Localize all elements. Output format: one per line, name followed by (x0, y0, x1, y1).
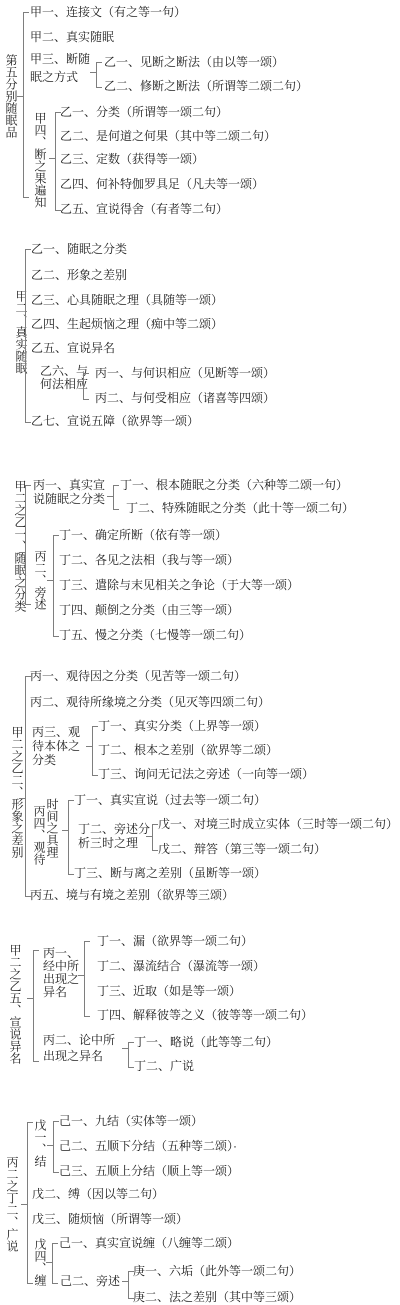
s5-bing1-label-line4: 异名 (43, 986, 67, 999)
s1-jia3-yi1-label: 乙一、见断之断法（由以等一颂） (104, 56, 284, 69)
s5-bing1-ding2-label: 丁二、瀑流结合（瀑流等一颂） (97, 960, 265, 973)
s4-bing3-ding2-label: 丁二、根本之差别（欲界等二颂） (98, 744, 278, 757)
s1-root-connector (17, 96, 23, 97)
s3-bing1-ding1-label: 丁一、根本随眠之分类（六种等二颂一句） (120, 479, 348, 492)
s5-bing1-ding1-label: 丁一、漏（欲界等一颂二句） (97, 935, 253, 948)
s5-bing1-ding3-label: 丁三、近取（如是等一颂） (97, 985, 241, 998)
s1-jia3-connector (90, 72, 96, 73)
s4-wu2-label: 戊二、辩答（第三等一颂二句） (158, 843, 326, 856)
s4-bing5-label: 丙五、境与有境之差别（欲界等三颂） (30, 889, 234, 902)
s4-bing4-ding1-label: 丁一、真实宣说（过去等一颂二句） (74, 794, 266, 807)
s4-root-label: 甲二之乙二、形象之差别 (10, 726, 23, 858)
s4-bing3-label-line2: 待本体之 (32, 740, 80, 753)
s1-jia1-label: 甲一、连接文（有之等一句） (30, 6, 186, 19)
s6-wu3-label: 戊三、随烦恼（所谓等一颂） (32, 1213, 188, 1226)
s2-yi2-label: 乙二、形象之差别 (31, 269, 127, 282)
s4-bing4-label-col1: 丙四、观待 (32, 805, 45, 865)
s1-jia4-label: 甲四、断之果遍知 (33, 112, 46, 208)
s2-yi6-connector (77, 381, 83, 382)
s2-yi5-label: 乙五、宣说异名 (31, 342, 115, 355)
s6-wu4-bracket (52, 1243, 58, 1284)
s6-wu1-ji1-label: 己一、九结（实体等一颂） (59, 1115, 203, 1128)
s1-jia4-yi2-label: 乙二、是何道之何果（其中等二颂二句） (60, 130, 276, 143)
s6-wu4-ji2-label: 己二、旁述 (60, 1275, 120, 1288)
s6-ji2-connector (122, 1281, 128, 1282)
s4-bing4-bracket (68, 800, 74, 875)
s3-bing1-label-line2: 说随眠之分类 (33, 493, 105, 506)
s6-wu1-connector (47, 1145, 53, 1146)
s4-bing4-ding3-label: 丁三、断与离之差别（虽断等一颂） (74, 867, 266, 880)
s6-root-connector (21, 1204, 27, 1205)
s4-root-connector (19, 798, 25, 799)
s4-bing4-connector (62, 830, 68, 831)
s4-bing3-ding1-label: 丁一、真实分类（上界等一颂） (98, 720, 266, 733)
koupan-outline-diagram: 第五分别随眠品 甲一、连接文（有之等一句） 甲二、真实随眠 甲三、断随 眠之方式… (0, 0, 400, 1305)
s6-wu1-ji2-label: 己二、五顺下分结（五种等二颂）· (59, 1140, 237, 1153)
s2-yi7-label: 乙七、宣说五障（欲界等一颂） (31, 415, 199, 428)
s1-jia3-label-line1: 甲三、断随 (30, 53, 90, 66)
s4-ding2-label-line2: 析三时之理 (78, 837, 138, 850)
s2-yi6-bing1-label: 丙一、与何识相应（见断等一颂） (95, 367, 275, 380)
s3-bing2-connector (47, 580, 53, 581)
s5-bing2-ding2-label: 丁二、广说 (134, 1060, 194, 1073)
s1-jia4-connector (49, 158, 55, 159)
s3-main-bracket (25, 485, 31, 605)
s5-root-connector (27, 998, 33, 999)
s4-bing2-label: 丙二、观待所缘境之分类（见灭等四颂二句） (30, 696, 270, 709)
s2-yi6-label-line2: 何法相应 (40, 378, 88, 391)
s5-bing1-connector (78, 975, 84, 976)
s3-bing2-ding1-label: 丁一、确定所断（依有等一颂） (59, 529, 227, 542)
s6-wu1-label: 戊一、结 (33, 1119, 46, 1167)
s3-bing1-ding2-label: 丁二、特殊随眠之分类（此十等一颂二句） (126, 502, 354, 515)
s2-yi1-label: 乙一、随眠之分类 (31, 243, 127, 256)
s5-bing1-bracket (84, 941, 90, 1017)
s1-jia3-yi2-label: 乙二、修断之断法（所谓等二颂二句） (104, 80, 308, 93)
s6-wu4-label: 戊四、缠 (33, 1238, 46, 1286)
s2-yi4-label: 乙四、生起烦恼之理（痴中等二颂） (31, 318, 223, 331)
s1-jia4-yi1-label: 乙一、分类（所谓等一颂二句） (60, 106, 228, 119)
s6-wu2-label: 戊二、缚（因以等二句） (32, 1188, 164, 1201)
s3-bing1-connector (107, 496, 113, 497)
s3-bing1-bracket (113, 485, 119, 510)
s4-wu1-label: 戊一、对境三时成立实体（三时等一颂二句） (158, 818, 398, 831)
s6-root-label: 丙二之丁二、广说 (5, 1156, 18, 1252)
s3-root-connector (19, 552, 25, 553)
s6-wu1-ji3-label: 己三、五顺上分结（顺上等一颂） (59, 1165, 239, 1178)
s1-jia4-yi3-label: 乙三、定数（获得等一颂） (60, 153, 204, 166)
s3-bing2-ding3-label: 丁三、遣除与末见相关之争论（于大等一颂） (59, 579, 299, 592)
s4-ding2-label-line1: 丁二、旁述分 (78, 823, 150, 836)
s4-bing4-label-col2: 时间之具理 (45, 798, 58, 858)
s5-main-bracket (33, 950, 39, 1062)
s2-root-connector (17, 332, 25, 333)
s5-bing2-label-line2: 出现之异名 (43, 1050, 103, 1063)
s6-geng1-label: 庚一、六垢（此外等一颂二句） (133, 1265, 301, 1278)
s4-main-bracket (25, 676, 31, 897)
s6-wu4-connector (46, 1262, 52, 1263)
s1-root-label: 第五分别随眠品 (4, 54, 17, 138)
s2-yi6-bing2-label: 丙二、与何受相应（诸喜等四颂） (95, 392, 275, 405)
s3-bing2-ding2-label: 丁二、各见之法相（我与等一颂） (59, 554, 239, 567)
s4-ding2-connector (146, 836, 152, 837)
s1-jia3-bracket (96, 62, 102, 88)
s5-bing1-ding4-label: 丁四、解释彼等之义（彼等等一颂二句） (97, 1009, 313, 1022)
s3-bing1-label-line1: 丙一、真实宣 (33, 479, 105, 492)
s2-yi3-label: 乙三、心具随眠之理（具随等一颂） (31, 294, 223, 307)
s4-bing3-label-line1: 丙三、观 (32, 726, 80, 739)
s3-bing2-ding5-label: 丁五、慢之分类（七慢等一颂二句） (59, 629, 251, 642)
s5-root-label: 甲二之乙五、宣说异名 (8, 944, 21, 1064)
s6-geng2-label: 庚二、法之差别（其中等三颂） (133, 1291, 301, 1304)
s5-bing2-connector (122, 1048, 128, 1049)
s1-main-bracket (23, 12, 29, 198)
s1-jia4-yi5-label: 乙五、宣说得舍（有者等二句） (60, 203, 228, 216)
s1-jia2-label: 甲二、真实随眠 (30, 31, 114, 44)
s3-bing2-ding4-label: 丁四、颠倒之分类（由三等一颂） (59, 604, 239, 617)
s1-jia4-yi4-label: 乙四、何补特伽罗具足（凡夫等一颂） (60, 178, 264, 191)
s3-bing2-label: 丙二、旁述 (33, 550, 46, 610)
s6-wu4-ji1-label: 己一、真实宣说缠（八缠等二颂） (59, 1237, 239, 1250)
s4-bing3-connector (86, 746, 92, 747)
s4-bing3-label-line3: 分类 (32, 754, 56, 767)
s4-bing1-label: 丙一、观待因之分类（见苦等一颂二句） (30, 670, 246, 683)
s4-bing3-ding3-label: 丁三、询问无记法之旁述（一向等一颂） (98, 768, 314, 781)
s5-bing2-ding1-label: 丁一、略说（此等等二句） (134, 1036, 278, 1049)
s5-bing2-label-line1: 丙二、论中所 (43, 1034, 115, 1047)
s2-yi6-bracket (83, 373, 89, 400)
s1-jia3-label-line2: 眠之方式 (30, 71, 78, 84)
